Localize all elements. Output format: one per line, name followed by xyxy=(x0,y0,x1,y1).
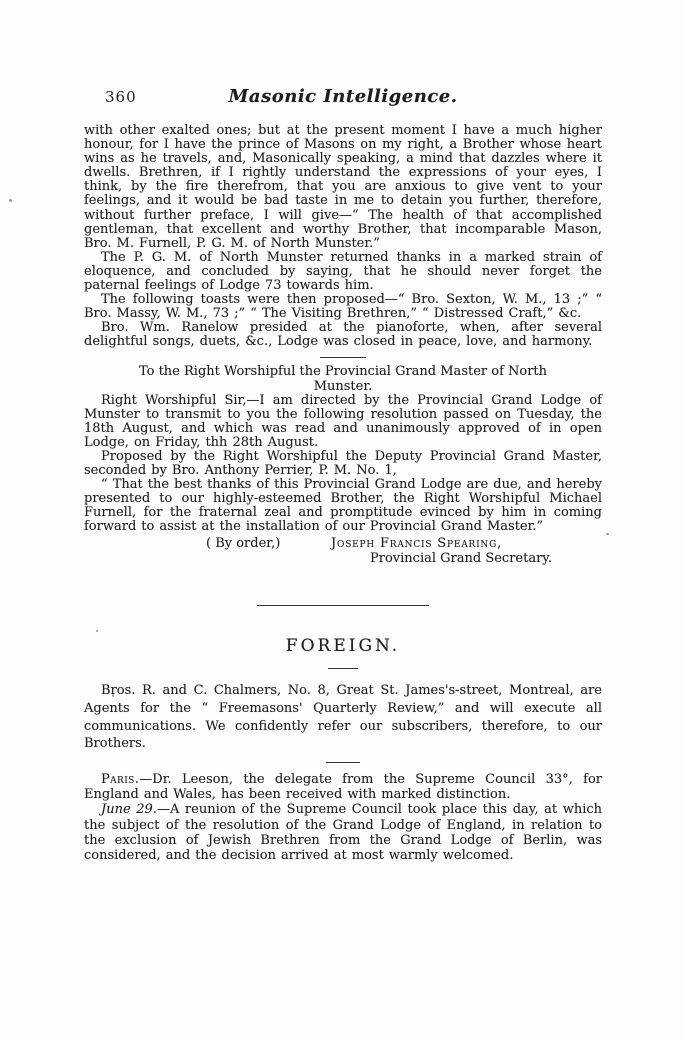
paris-text: —Dr. Leeson, the delegate from the Supre… xyxy=(84,772,602,802)
paragraph-letter-resolution: “ That the best thanks of this Provincia… xyxy=(84,478,602,534)
paragraph-june-29: June 29.—A reunion of the Supreme Counci… xyxy=(84,802,602,863)
paris-dateline: Paris. xyxy=(101,772,139,787)
paragraph-toasts: The following toasts were then proposed—… xyxy=(84,293,602,321)
running-title: Masonic Intelligence. xyxy=(84,86,602,107)
paragraph-speech-continuation: with other exalted ones; but at the pres… xyxy=(84,124,602,251)
letter-heading: To the Right Worshipful the Provincial G… xyxy=(84,364,602,394)
paragraph-thanks-returned: The P. G. M. of North Munster returned t… xyxy=(84,251,602,293)
running-head: 360 Masonic Intelligence. xyxy=(84,86,602,110)
foreign-section-heading: FOREIGN. xyxy=(84,636,602,656)
signature-title: Provincial Grand Secretary. xyxy=(370,551,552,566)
signature-block: ( By order,) Joseph Francis Spearing, Pr… xyxy=(84,536,602,568)
paragraph-pianoforte: Bro. Wm. Ranelow presided at the pianofo… xyxy=(84,321,602,349)
item-divider xyxy=(326,762,360,763)
article-divider xyxy=(257,605,429,606)
paragraph-letter-body: Right Worshipful Sir,—I am directed by t… xyxy=(84,394,602,450)
letter-heading-line2: Munster. xyxy=(84,379,602,394)
by-order-label: ( By order,) xyxy=(206,536,280,551)
section-divider xyxy=(320,357,366,358)
scan-artifact xyxy=(112,694,114,697)
paragraph-letter-proposed: Proposed by the Right Worshipful the Dep… xyxy=(84,450,602,478)
june-text: —A reunion of the Supreme Council took p… xyxy=(84,802,602,863)
scan-artifact xyxy=(606,533,609,535)
scanned-document-page: 360 Masonic Intelligence. with other exa… xyxy=(0,0,683,1040)
scan-artifact xyxy=(96,630,98,632)
june-dateline: June 29. xyxy=(101,802,157,817)
letter-heading-line1: To the Right Worshipful the Provincial G… xyxy=(84,364,602,379)
paragraph-chalmers-agents: Bros. R. and C. Chalmers, No. 8, Great S… xyxy=(84,682,602,752)
scan-artifact xyxy=(9,199,12,202)
text-column: 360 Masonic Intelligence. with other exa… xyxy=(84,86,602,864)
page-number: 360 xyxy=(105,88,137,106)
paragraph-paris: Paris.—Dr. Leeson, the delegate from the… xyxy=(84,772,602,803)
signature-name: Joseph Francis Spearing, xyxy=(331,536,502,551)
heading-divider xyxy=(328,668,358,669)
